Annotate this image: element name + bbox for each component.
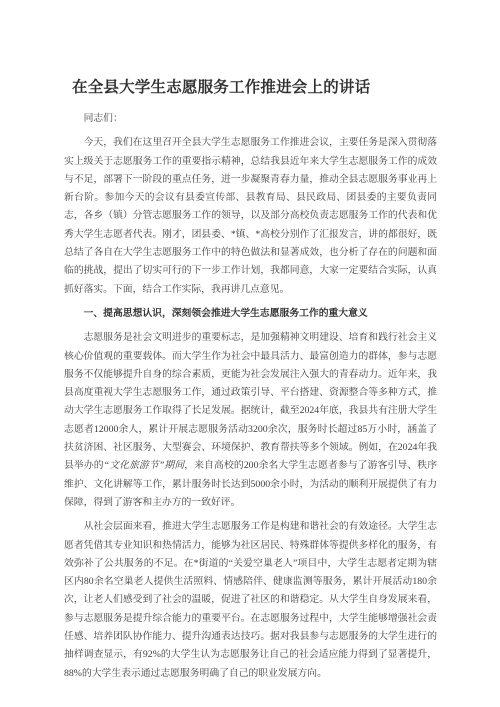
paragraph-section1-body1: 志愿服务是社会文明进步的重要标志，是加强精神文明建设、培育和践行社会主义核心价值…: [64, 329, 437, 512]
document-title: 在全县大学生志愿服务工作推进会上的讲话: [72, 78, 437, 98]
paragraph-section1-body2: 从社会层面来看，推进大学生志愿服务工作是构建和谐社会的有效途径。大学生志愿者凭借…: [64, 518, 437, 683]
document-page: 在全县大学生志愿服务工作推进会上的讲话 同志们： 今天，我们在这里召开全县大学生…: [0, 0, 500, 707]
salutation: 同志们：: [64, 110, 437, 128]
document-content: 在全县大学生志愿服务工作推进会上的讲话 同志们： 今天，我们在这里召开全县大学生…: [64, 78, 437, 689]
paragraph-intro: 今天，我们在这里召开全县大学生志愿服务工作推进会议，主要任务是深入贯彻落实上级关…: [64, 134, 437, 299]
section-heading-1: 一、提高思想认识，深刻领会推进大学生志愿服务工作的重大意义: [64, 305, 437, 323]
